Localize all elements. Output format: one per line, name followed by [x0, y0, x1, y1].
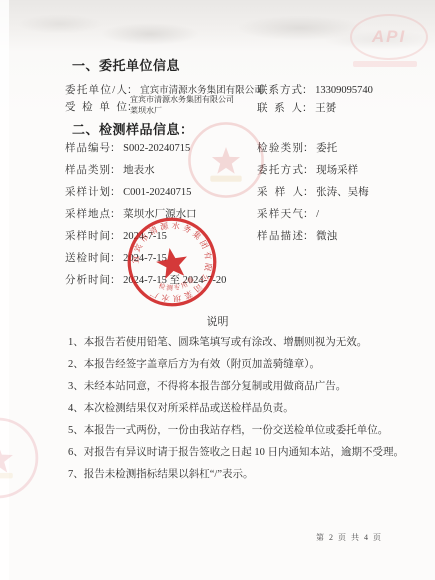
colon: ： — [110, 140, 121, 155]
sampling-time-label: 采样时间 — [65, 228, 110, 243]
colon: ： — [303, 140, 314, 155]
contact-row: 联系方式： 13309095740 — [257, 82, 373, 97]
note-item: 6、对报告有异议时请于报告签收之日起 10 日内通知本站，逾期不受理。 — [68, 442, 418, 464]
sample-description-label: 样品描述 — [257, 228, 303, 243]
analysis-time-label: 分析时间 — [65, 272, 110, 287]
seal-star-icon — [154, 245, 190, 280]
section2-heading: 二、检测样品信息： — [72, 119, 194, 138]
colon: ： — [110, 162, 121, 177]
weather-label: 采样天气 — [257, 206, 303, 221]
faint-edge-seal-stamp — [0, 408, 48, 508]
colon: ： — [302, 100, 313, 115]
inspected-unit-value-line1: 宜宾市清源水务集团有限公司 — [130, 95, 234, 106]
colon: ： — [303, 184, 314, 199]
contact-value: 13309095740 — [315, 85, 373, 96]
svg-text:检测专用章: 检测专用章 — [156, 273, 198, 295]
sample-row-left: 采样计划： C001-20240715 — [65, 184, 191, 199]
colon: ： — [303, 206, 314, 221]
sample-type-value: 地表水 — [123, 165, 155, 176]
note-item: 5、本报告一式两份，一份由我站存档，一份交送检单位或委托单位。 — [68, 420, 418, 442]
note-item: 4、本次检测结果仅对所采样品或送检样品负责。 — [68, 398, 418, 420]
inspection-category-value: 委托 — [316, 143, 337, 154]
page-number: 第 2 页 共 4 页 — [316, 532, 383, 543]
sample-row-left: 样品编号： S002-20240715 — [65, 140, 190, 155]
sample-id-label: 样品编号 — [65, 140, 110, 155]
colon: ： — [303, 228, 314, 243]
delivery-time-label: 送检时间 — [65, 250, 110, 265]
note-item: 1、本报告若使用铅笔、圆珠笔填写或有涂改、增删则视为无效。 — [68, 332, 418, 354]
sample-row-left: 样品类别： 地表水 — [65, 162, 155, 177]
scanned-report-page: API 一、委托单位信息 委托单位/人： 宜宾市清源水务集团有限公司 联系方式：… — [0, 0, 435, 580]
api-watermark: API — [350, 14, 428, 60]
sample-row-right: 采样天气： / — [257, 206, 319, 221]
sampler-value: 张涛、吴梅 — [316, 187, 369, 198]
contact-label: 联系方式 — [257, 82, 302, 97]
notes-list: 1、本报告若使用铅笔、圆珠笔填写或有涂改、增删则视为无效。 2、本报告经签字盖章… — [68, 332, 418, 486]
note-item: 3、未经本站同意，不得将本报告部分复制或用做商品广告。 — [68, 376, 418, 398]
sampling-site-label: 采样地点 — [65, 206, 110, 221]
colon: ： — [303, 162, 314, 177]
sampling-plan-label: 采样计划 — [65, 184, 110, 199]
official-seal-stamp: 宜宾市清源水务集团有限公司菜坝水厂 检测专用章 — [117, 207, 227, 317]
colon: ： — [110, 184, 121, 199]
contact-person-value: 王赟 — [315, 103, 336, 114]
colon: ： — [302, 82, 313, 97]
sample-description-value: 微浊 — [316, 231, 337, 242]
sample-row-right: 样品描述： 微浊 — [257, 228, 337, 243]
note-item: 2、本报告经签字盖章后方为有效（附页加盖骑缝章）。 — [68, 354, 418, 376]
seal-bottom-text: 检测专用章 — [156, 273, 198, 295]
faint-seal-stamp — [179, 113, 273, 207]
section1-heading: 一、委托单位信息 — [72, 55, 180, 74]
inspected-unit-label-row: 受检单位： — [65, 99, 138, 114]
note-item: 7、报告未检测指标结果以斜杠“/”表示。 — [68, 464, 418, 486]
sample-type-label: 样品类别 — [65, 162, 110, 177]
commission-method-value: 现场采样 — [316, 165, 358, 176]
inspected-unit-label: 受检单位 — [65, 99, 127, 114]
client-unit-label: 委托单位/人 — [65, 82, 127, 97]
api-watermark-subtext — [353, 61, 417, 67]
sample-row-right: 采样人： 张涛、吴梅 — [257, 184, 369, 199]
api-watermark-text: API — [372, 27, 406, 47]
weather-value: / — [316, 209, 319, 220]
notes-heading: 说明 — [0, 313, 435, 329]
